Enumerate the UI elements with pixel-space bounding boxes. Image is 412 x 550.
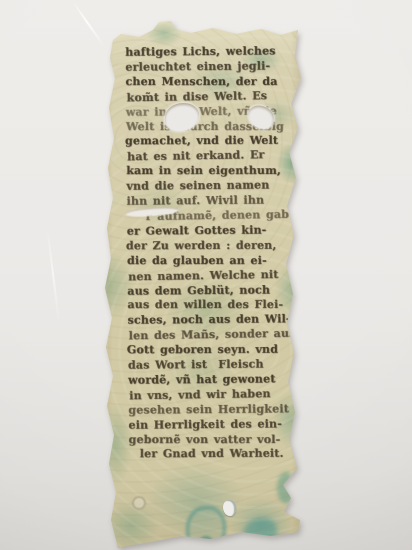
text-line: vnd die seinen namen [126,178,292,194]
text-line: kam in sein eigenthum, [126,164,292,179]
text-line: chen Menschen, der da [125,75,291,90]
ink-stain-blob [243,518,277,548]
paper-fragment: haftiges Lichs, welches erleuchtet einen… [101,20,305,550]
surface-scratch [46,226,59,321]
text-line: gesehen sein Herrligkeit [128,402,294,418]
text-line: Gott geboren seyn. vnd [127,343,293,358]
text-line: aus dem Geblüt, noch [127,283,293,299]
text-line: haftiges Lichs, welches [125,44,291,60]
photo-of-paper-fragment: haftiges Lichs, welches erleuchtet einen… [0,0,412,550]
text-line: die da glauben an ei- [127,254,293,269]
surface-scratch [72,1,105,46]
text-line: len des Mañs, sonder aus [129,327,295,345]
text-line: das Wort ist Fleisch [128,357,294,373]
paper-hole [223,500,236,516]
text-line: ein Herrligkeit des ein- [128,417,294,433]
ink-stain-ring [186,506,226,550]
printed-text-block: haftiges Lichs, welches erleuchtet einen… [125,44,295,463]
paper-fragment-wrap: haftiges Lichs, welches erleuchtet einen… [101,20,305,550]
ink-stain-streak [277,472,295,504]
text-line: er Gewalt Gottes kin- [127,223,293,239]
text-line: ler Gnad vnd Warheit. [128,447,294,462]
paper-pockmark [132,496,146,510]
text-line: gebornẽ von vatter vol- [129,432,295,447]
text-line: der Zu werden : deren, [126,238,292,253]
ink-stain-dot [199,536,213,548]
text-line: hat es nit erkand. Er [127,148,293,166]
text-line: aus den willen des Flei- [127,298,293,313]
text-line: erleuchtet einen jegli- [125,59,291,75]
